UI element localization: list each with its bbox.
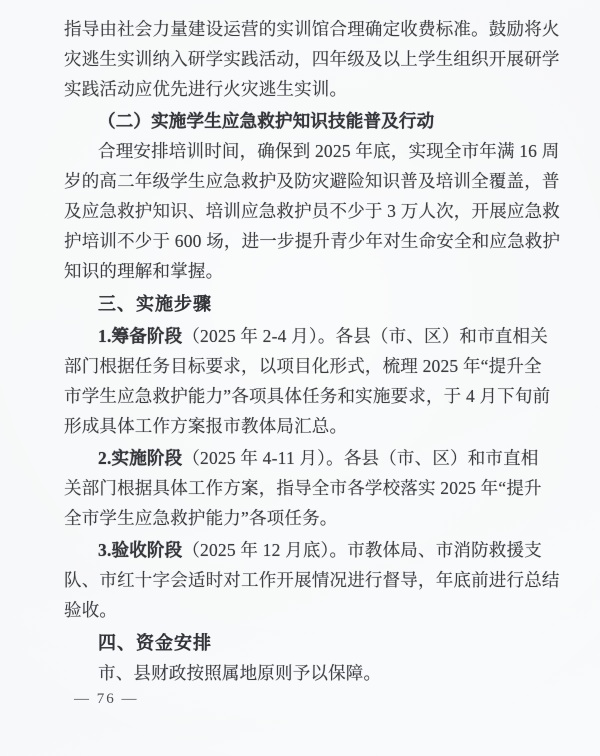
paragraph-step-2: 2.实施阶段（2025 年 4-11 月）。各县（市、区）和市直相 关部门根据具… bbox=[64, 443, 550, 533]
step-3-label: 3.验收阶段 bbox=[98, 540, 182, 560]
page-number: — 76 — bbox=[74, 686, 139, 712]
step-3-text: （2025 年 12 月底）。市教体局、市消防救援支 bbox=[182, 540, 542, 560]
paragraph-step-1: 1.筹备阶段（2025 年 2-4 月）。各县（市、区）和市直相关 部门根据任务… bbox=[64, 321, 550, 441]
text-line: 护培训不少于 600 场，进一步提升青少年对生命安全和应急救护 bbox=[64, 226, 550, 256]
text-line: 2.实施阶段（2025 年 4-11 月）。各县（市、区）和市直相 bbox=[64, 443, 550, 473]
document-page: 指导由社会力量建设运营的实训馆合理确定收费标准。鼓励将火 灾逃生实训纳入研学实践… bbox=[0, 0, 600, 756]
text-line: 知识的理解和掌握。 bbox=[64, 256, 550, 286]
section-heading-2: （二）实施学生应急救护知识技能普及行动 bbox=[64, 106, 550, 136]
text-line: 验收。 bbox=[64, 595, 550, 625]
text-line: 3.验收阶段（2025 年 12 月底）。市教体局、市消防救援支 bbox=[64, 535, 550, 565]
text-line: 岁的高二年级学生应急救护及防灾避险知识普及培训全覆盖，普 bbox=[64, 166, 550, 196]
text-line: 合理安排培训时间，确保到 2025 年底，实现全市年满 16 周 bbox=[64, 136, 550, 166]
section-heading-steps: 三、实施步骤 bbox=[64, 289, 550, 319]
step-2-text: （2025 年 4-11 月）。各县（市、区）和市直相 bbox=[182, 448, 538, 468]
section-heading-funding: 四、资金安排 bbox=[64, 628, 550, 658]
step-1-label: 1.筹备阶段 bbox=[98, 326, 182, 346]
text-line: 1.筹备阶段（2025 年 2-4 月）。各县（市、区）和市直相关 bbox=[64, 321, 550, 351]
text-line: 指导由社会力量建设运营的实训馆合理确定收费标准。鼓励将火 bbox=[64, 14, 550, 44]
step-1-text: （2025 年 2-4 月）。各县（市、区）和市直相关 bbox=[182, 326, 548, 346]
text-line: 部门根据任务目标要求，以项目化形式，梳理 2025 年“提升全 bbox=[64, 351, 550, 381]
text-line: 及应急救护知识、培训应急救护员不少于 3 万人次，开展应急救 bbox=[64, 196, 550, 226]
text-line: 队、市红十字会适时对工作开展情况进行督导，年底前进行总结 bbox=[64, 565, 550, 595]
paragraph-intro: 指导由社会力量建设运营的实训馆合理确定收费标准。鼓励将火 灾逃生实训纳入研学实践… bbox=[64, 14, 550, 104]
step-2-label: 2.实施阶段 bbox=[98, 448, 182, 468]
text-line: 实践活动应优先进行火灾逃生实训。 bbox=[64, 74, 550, 104]
text-line: 灾逃生实训纳入研学实践活动，四年级及以上学生组织开展研学 bbox=[64, 44, 550, 74]
text-line: 市、县财政按照属地原则予以保障。 bbox=[64, 658, 550, 688]
paragraph-funding: 市、县财政按照属地原则予以保障。 bbox=[64, 658, 550, 688]
paragraph-training-goals: 合理安排培训时间，确保到 2025 年底，实现全市年满 16 周 岁的高二年级学… bbox=[64, 136, 550, 286]
text-line: 全市学生应急救护能力”各项任务。 bbox=[64, 503, 550, 533]
document-body: 指导由社会力量建设运营的实训馆合理确定收费标准。鼓励将火 灾逃生实训纳入研学实践… bbox=[64, 14, 550, 688]
text-line: 关部门根据具体工作方案，指导全市各学校落实 2025 年“提升 bbox=[64, 473, 550, 503]
text-line: 市学生应急救护能力”各项具体任务和实施要求，于 4 月下旬前 bbox=[64, 381, 550, 411]
paragraph-step-3: 3.验收阶段（2025 年 12 月底）。市教体局、市消防救援支 队、市红十字会… bbox=[64, 535, 550, 625]
text-line: 形成具体工作方案报市教体局汇总。 bbox=[64, 411, 550, 441]
